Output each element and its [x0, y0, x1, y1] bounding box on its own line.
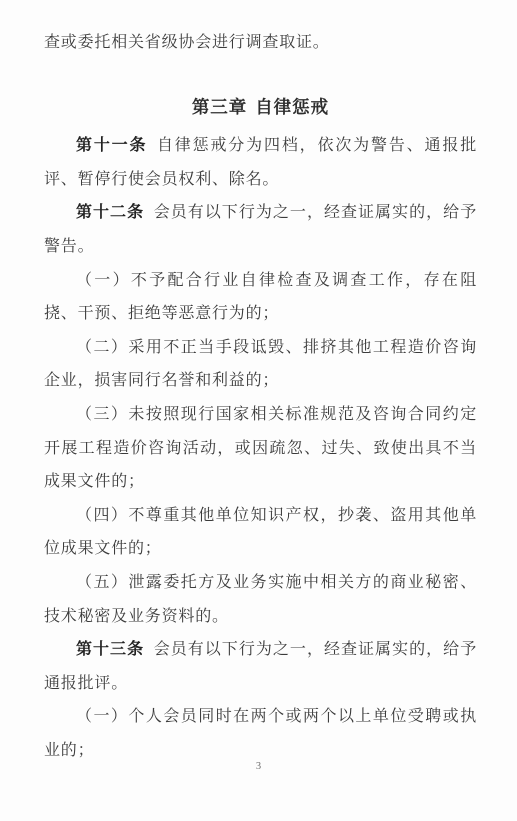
article-12-clause-3: （三）未按照现行国家相关标准规范及咨询合同约定开展工程造价咨询活动，或因疏忽、过…	[44, 398, 477, 499]
article-11-paragraph: 第十一条自律惩戒分为四档，依次为警告、通报批评、暂停行使会员权利、除名。	[44, 129, 477, 196]
chapter-heading: 第三章自律惩戒	[44, 91, 477, 125]
article-12-label: 第十二条	[76, 204, 144, 221]
article-12-paragraph: 第十二条会员有以下行为之一，经查证属实的，给予警告。	[44, 196, 477, 263]
chapter-number: 第三章	[192, 97, 248, 117]
page-number: 3	[0, 761, 517, 772]
article-11-label: 第十一条	[76, 137, 147, 154]
article-12-clause-1: （一）不予配合行业自律检查及调查工作，存在阻挠、干预、拒绝等恶意行为的；	[44, 264, 477, 331]
document-page: 查或委托相关省级协会进行调查取证。 第三章自律惩戒 第十一条自律惩戒分为四档，依…	[0, 0, 517, 821]
chapter-title: 自律惩戒	[255, 97, 329, 117]
article-12-clause-2: （二）采用不正当手段诋毁、排挤其他工程造价咨询企业，损害同行名誉和利益的；	[44, 331, 477, 398]
article-13-clause-1: （一）个人会员同时在两个或两个以上单位受聘或执业的；	[44, 700, 477, 767]
article-13-paragraph: 第十三条会员有以下行为之一，经查证属实的，给予通报批评。	[44, 633, 477, 700]
article-12-clause-4: （四）不尊重其他单位知识产权，抄袭、盗用其他单位成果文件的；	[44, 499, 477, 566]
article-13-label: 第十三条	[76, 641, 144, 658]
paragraph-continuation: 查或委托相关省级协会进行调查取证。	[44, 26, 477, 60]
article-12-clause-5: （五）泄露委托方及业务实施中相关方的商业秘密、技术秘密及业务资料的。	[44, 566, 477, 633]
